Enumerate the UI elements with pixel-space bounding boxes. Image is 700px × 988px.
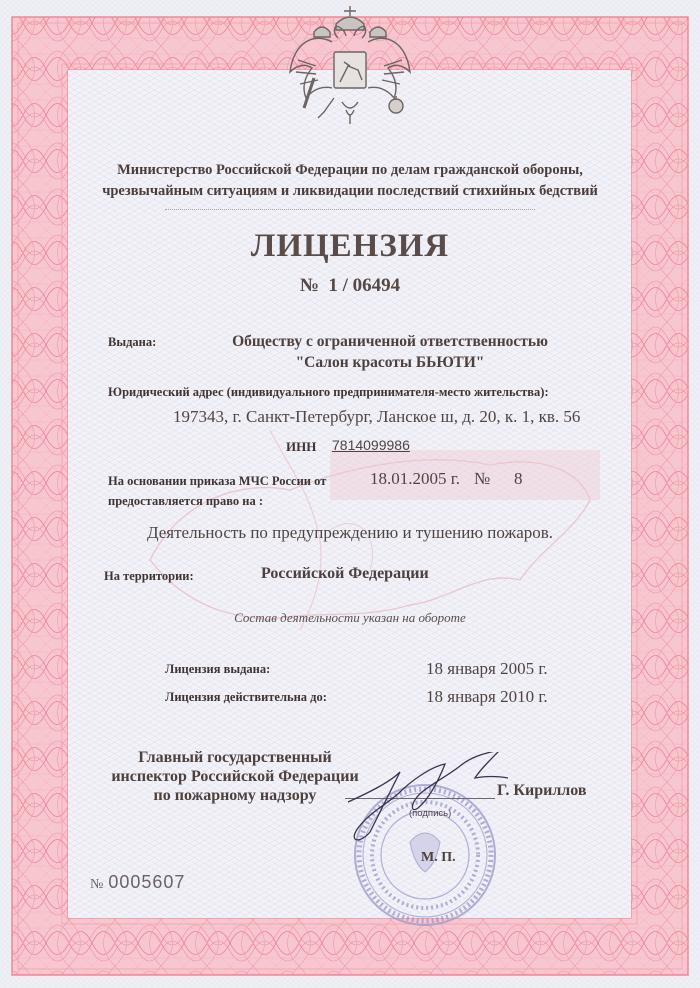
territory-value: Российской Федерации [261, 565, 429, 583]
issued-to-line-2: "Салон красоты БЬЮТИ" [180, 354, 600, 372]
inn-label: ИНН [286, 439, 316, 455]
coat-of-arms-emblem [284, 2, 416, 127]
signer-name: Г. Кириллов [497, 782, 587, 800]
signature-caption: (подпись) [409, 808, 451, 819]
issued-to-label: Выдана: [108, 335, 156, 350]
signer-title: Главный государственный инспектор Россий… [95, 748, 375, 805]
signer-title-line-2: инспектор Российской Федерации [95, 767, 375, 786]
issued-date-label: Лицензия выдана: [165, 662, 270, 677]
serial-number: №0005607 [90, 872, 185, 893]
order-number-sign: № [474, 469, 490, 489]
serial-number-value: 0005607 [108, 872, 185, 892]
activity-text: Деятельность по предупреждению и тушению… [100, 523, 600, 543]
territory-label: На территории: [104, 569, 194, 584]
ministry-line-2: чрезвычайным ситуациям и ликвидации посл… [90, 181, 610, 202]
reverse-side-note: Состав деятельности указан на обороте [150, 610, 550, 626]
issued-to-line-1: Обществу с ограниченной ответственностью [180, 333, 600, 351]
handwritten-signature [340, 752, 510, 847]
order-number: 8 [514, 469, 523, 489]
seal-mark: М. П. [421, 850, 456, 866]
address-label: Юридический адрес (индивидуального предп… [108, 385, 549, 400]
serial-number-sign: № [90, 877, 104, 892]
inn-value: 7814099986 [332, 437, 410, 453]
granted-label: предоставляется право на : [108, 494, 263, 509]
ministry-line-1: Министерство Российской Федерации по дел… [90, 160, 610, 181]
valid-until-value: 18 января 2010 г. [426, 687, 548, 707]
valid-until-label: Лицензия действительна до: [165, 690, 327, 705]
ministry-header: Министерство Российской Федерации по дел… [90, 160, 610, 202]
address-value: 197343, г. Санкт-Петербург, Ланское ш, д… [173, 407, 580, 427]
basis-label: На основании приказа МЧС России от [108, 474, 326, 489]
document-title: ЛИЦЕНЗИЯ [150, 228, 550, 265]
signer-title-line-1: Главный государственный [95, 748, 375, 767]
header-divider [165, 209, 535, 210]
license-number: № 1 / 06494 [150, 275, 550, 297]
signer-title-line-3: по пожарному надзору [95, 786, 375, 805]
order-date: 18.01.2005 г. [370, 469, 460, 489]
license-document: Министерство Российской Федерации по дел… [0, 0, 700, 988]
issued-date-value: 18 января 2005 г. [426, 659, 548, 679]
